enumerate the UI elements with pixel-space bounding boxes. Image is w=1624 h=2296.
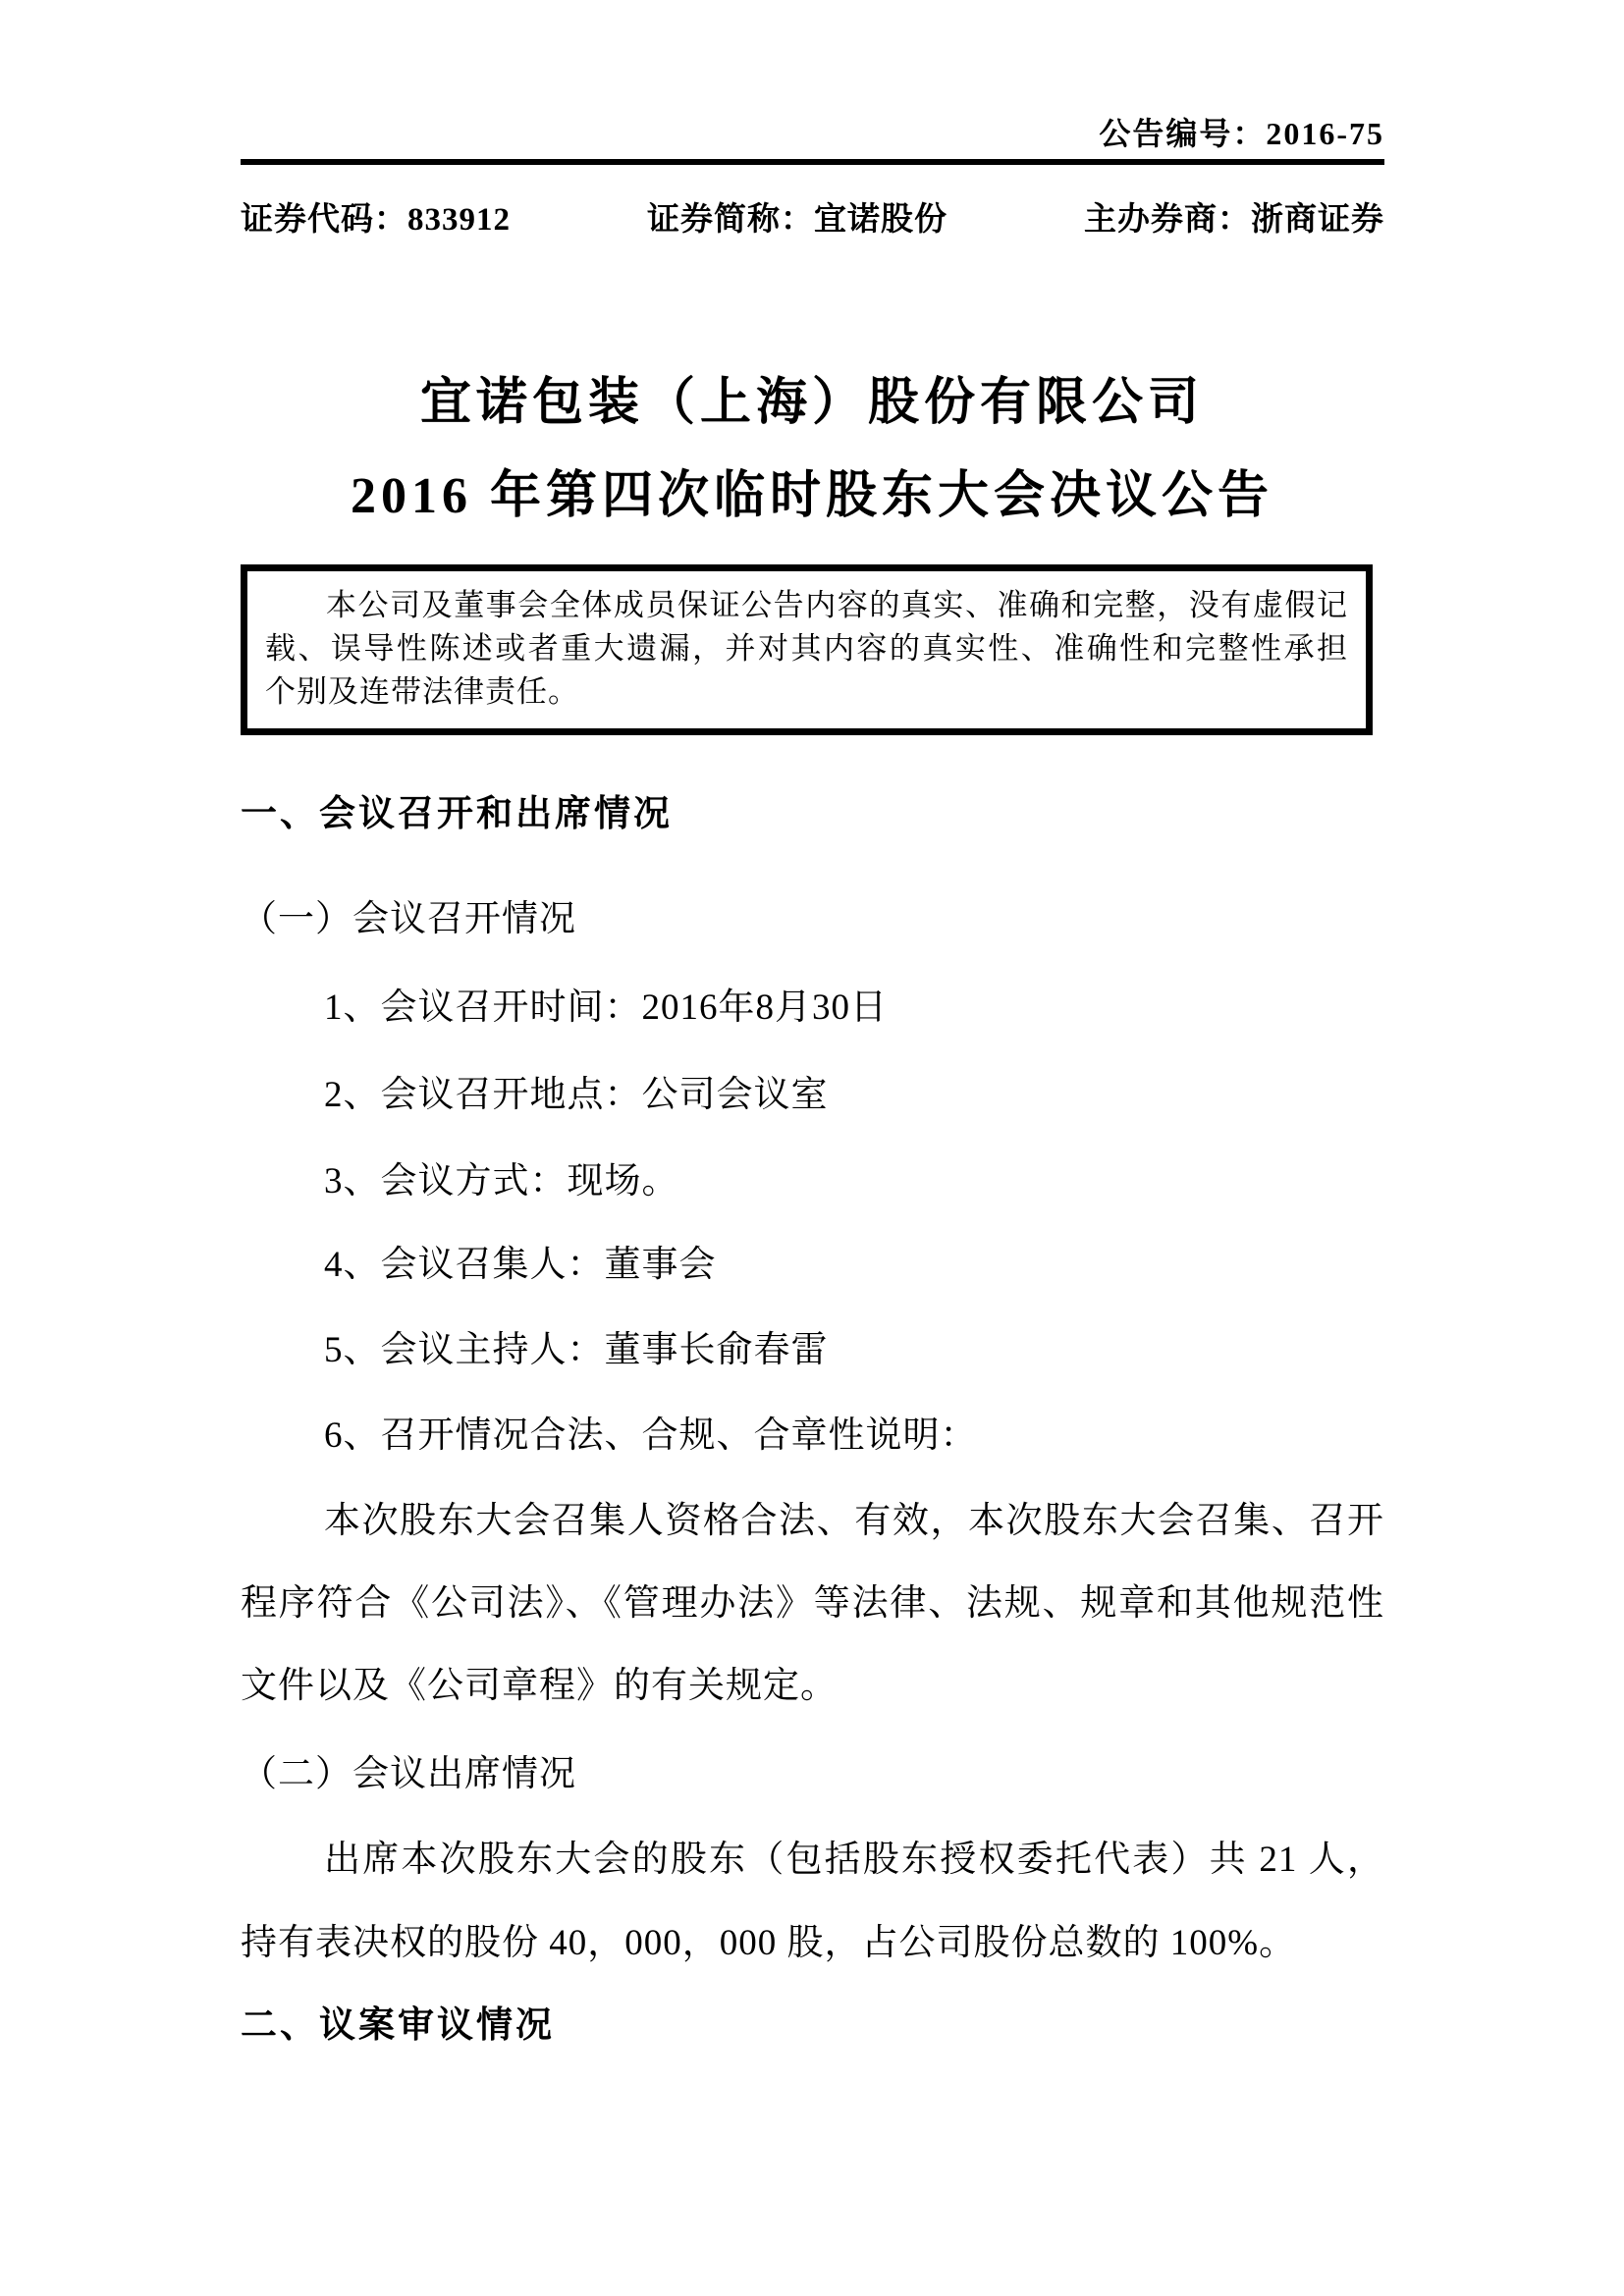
meeting-item-place: 2、会议召开地点：公司会议室	[324, 1074, 1384, 1117]
meeting-item-method: 3、会议方式：现场。	[324, 1160, 1384, 1203]
announcement-page: 公告编号：2016-75 证券代码：833912 证券简称：宜诺股份 主办券商：…	[0, 0, 1624, 2296]
section-heading-1: 一、会议召开和出席情况	[241, 793, 1384, 836]
disclaimer-line-2: 载、误导性陈述或者重大遗漏，并对其内容的真实性、准确性和完整性承担	[265, 627, 1348, 670]
attendance-line-2: 持有表决权的股份 40，000，000 股，占公司股份总数的 100%。	[241, 1922, 1384, 1965]
legality-paragraph-line-1: 本次股东大会召集人资格合法、有效，本次股东大会召集、召开	[241, 1500, 1384, 1543]
stock-short-name: 证券简称：宜诺股份	[647, 202, 947, 240]
meeting-item-chair: 5、会议主持人：董事长俞春雷	[324, 1329, 1384, 1372]
meeting-item-legality-note: 6、召开情况合法、合规、合章性说明：	[324, 1415, 1384, 1458]
disclaimer-line-3: 个别及连带法律责任。	[265, 670, 1348, 714]
attendance-line-1: 出席本次股东大会的股东（包括股东授权委托代表）共 21 人，	[241, 1839, 1384, 1882]
notice-number: 公告编号：2016-75	[241, 116, 1384, 152]
legality-paragraph-line-2: 程序符合《公司法》、《管理办法》等法律、法规、规章和其他规范性	[241, 1582, 1384, 1626]
securities-info-row: 证券代码：833912 证券简称：宜诺股份 主办券商：浙商证券	[241, 202, 1384, 240]
header-divider-rule	[241, 159, 1384, 165]
document-title-company: 宜诺包装（上海）股份有限公司	[0, 375, 1624, 431]
disclaimer-line-1: 本公司及董事会全体成员保证公告内容的真实、准确和完整，没有虚假记	[265, 584, 1348, 627]
meeting-item-convener: 4、会议召集人：董事会	[324, 1244, 1384, 1287]
legality-paragraph-line-3: 文件以及《公司章程》的有关规定。	[241, 1665, 1384, 1708]
sponsor-broker: 主办券商：浙商证券	[1084, 202, 1384, 240]
meeting-item-time: 1、会议召开时间：2016年8月30日	[324, 987, 1384, 1030]
stock-code: 证券代码：833912	[241, 202, 511, 240]
document-title-meeting: 2016 年第四次临时股东大会决议公告	[0, 468, 1624, 524]
subsection-heading-1-1: （一）会议召开情况	[241, 898, 1384, 941]
disclaimer-box: 本公司及董事会全体成员保证公告内容的真实、准确和完整，没有虚假记 载、误导性陈述…	[241, 564, 1373, 735]
subsection-heading-1-2: （二）会议出席情况	[241, 1753, 1384, 1796]
section-heading-2: 二、议案审议情况	[241, 2004, 1384, 2048]
